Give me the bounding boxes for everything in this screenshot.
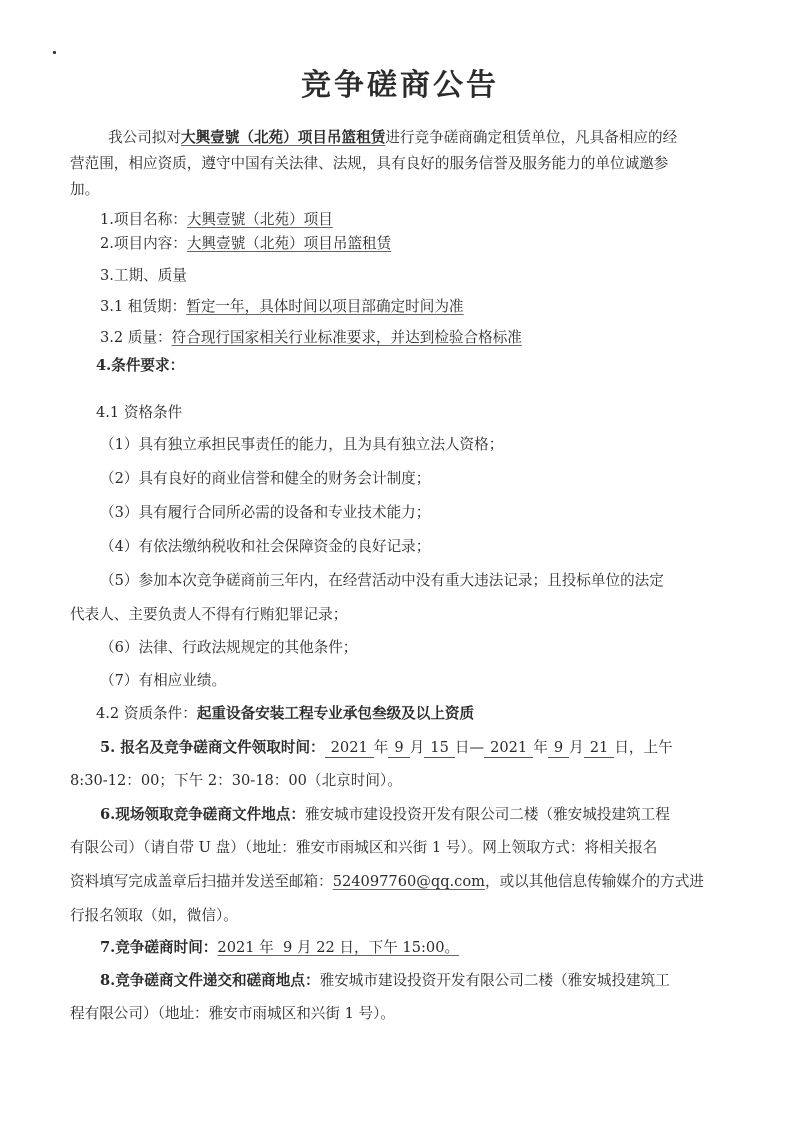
item-quality: 3.2 质量：符合现行国家相关行业标准要求，并达到检验合格标准	[100, 328, 522, 348]
condition-6: （6）法律、行政法规规定的其他条件；	[100, 638, 357, 658]
document-page: 竞争磋商公告 我公司拟对大興壹號（北苑）项目吊篮租赁进行竞争磋商确定租赁单位，凡…	[0, 0, 800, 1131]
intro-line-2: 营范围，相应资质，遵守中国有关法律、法规，具有良好的服务信誉及服务能力的单位诚邀…	[70, 154, 668, 174]
pickup-location-line-2: 有限公司）（请自带 U 盘）（地址：雅安市雨城区和兴街 1 号）。网上领取方式：…	[70, 838, 657, 858]
project-name-value: 大興壹號（北苑）项目	[187, 211, 333, 228]
project-content-value: 大興壹號（北苑）项目吊篮租赁	[187, 235, 391, 252]
end-month: 9	[548, 739, 569, 758]
condition-2: （2）具有良好的商业信誉和健全的财务会计制度；	[100, 469, 430, 489]
condition-1: （1）具有独立承担民事责任的能力，且为具有独立法人资格；	[100, 435, 503, 455]
project-name-underlined: 大興壹號（北苑）项目吊篮租赁	[181, 129, 385, 146]
end-day: 21	[584, 739, 615, 758]
condition-3: （3）具有履行合同所必需的设备和专业技术能力；	[100, 503, 430, 523]
item-negotiation-time: 7.竞争磋商时间：2021 年 9 月 22 日，下午 15:00。	[100, 938, 459, 958]
item-project-name: 1.项目名称：大興壹號（北苑）项目	[100, 210, 333, 230]
scan-speck	[53, 51, 56, 54]
item-pickup-location: 6.现场领取竞争磋商文件地点：雅安城市建设投资开发有限公司二楼（雅安城投建筑工程	[100, 805, 670, 825]
registration-time-line-2: 8:30-12：00；下午 2：30-18：00（北京时间）。	[70, 771, 402, 791]
item-registration-time: 5. 报名及竞争磋商文件领取时间：2021年9月15日—2021年9月21日，上…	[100, 738, 673, 758]
qualification-level-value: 起重设备安装工程专业承包叁级及以上资质	[197, 705, 474, 722]
item-qualification-level: 4.2 资质条件：起重设备安装工程专业承包叁级及以上资质	[96, 704, 474, 724]
negotiation-time-value: 2021 年 9 月 22 日，下午 15:00。	[217, 939, 459, 956]
item-project-content: 2.项目内容：大興壹號（北苑）项目吊篮租赁	[100, 234, 391, 254]
submission-location-line-2: 程有限公司）（地址：雅安市雨城区和兴街 1 号）。	[70, 1004, 395, 1024]
pickup-location-line-4: 行报名领取（如，微信）。	[70, 906, 238, 926]
item-requirements: 4.条件要求：	[96, 356, 184, 376]
start-month: 9	[388, 739, 409, 758]
condition-5-line-2: 代表人、主要负责人不得有行贿犯罪记录；	[70, 605, 347, 625]
email-address[interactable]: 524097760@qq.com	[333, 873, 485, 890]
end-year: 2021	[484, 739, 533, 758]
start-year: 2021	[325, 739, 374, 758]
item-submission-location: 8.竞争磋商文件递交和磋商地点：雅安城市建设投资开发有限公司二楼（雅安城投建筑工	[100, 971, 670, 991]
condition-5-line-1: （5）参加本次竞争磋商前三年内，在经营活动中没有重大违法记录；且投标单位的法定	[100, 571, 664, 591]
item-schedule-quality: 3.工期、质量	[100, 266, 187, 286]
quality-value: 符合现行国家相关行业标准要求，并达到检验合格标准	[172, 329, 522, 346]
condition-4: （4）有依法缴纳税收和社会保障资金的良好记录；	[100, 537, 430, 557]
intro-line-3: 加。	[70, 180, 99, 200]
pickup-location-line-3: 资料填写完成盖章后扫描并发送至邮箱：524097760@qq.com，或以其他信…	[70, 872, 704, 892]
item-lease-period: 3.1 租赁期：暂定一年，具体时间以项目部确定时间为准	[100, 297, 464, 317]
condition-7: （7）有相应业绩。	[100, 671, 226, 691]
document-title: 竞争磋商公告	[0, 60, 800, 104]
item-qualification-conditions: 4.1 资格条件	[96, 403, 182, 423]
intro-line-1: 我公司拟对大興壹號（北苑）项目吊篮租赁进行竞争磋商确定租赁单位，凡具备相应的经	[108, 128, 677, 148]
lease-period-value: 暂定一年，具体时间以项目部确定时间为准	[186, 298, 463, 315]
start-day: 15	[424, 739, 455, 758]
